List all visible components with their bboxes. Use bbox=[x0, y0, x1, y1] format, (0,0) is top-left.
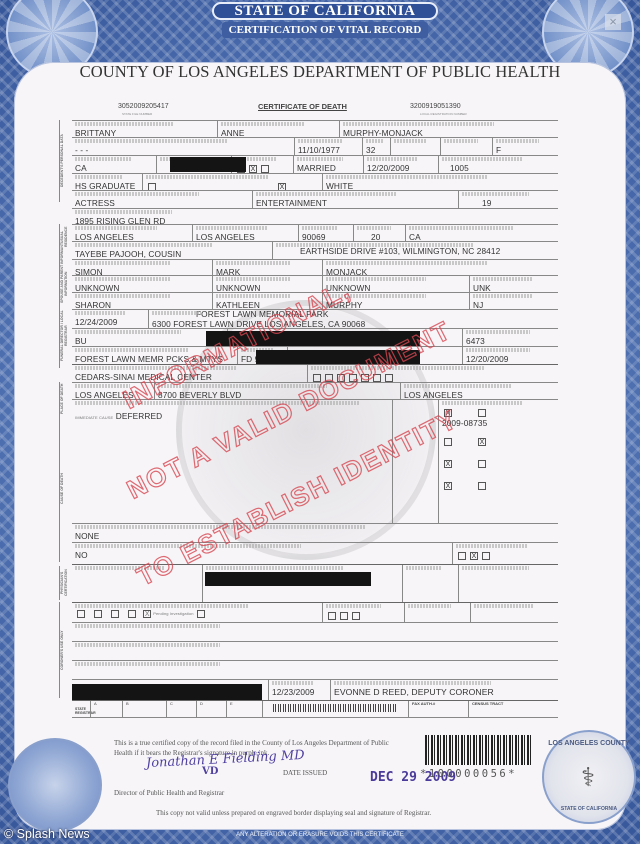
row-residence-city: LOS ANGELES LOS ANGELES 90069 20 CA bbox=[72, 224, 558, 241]
date-issued-label: DATE ISSUED bbox=[283, 769, 327, 777]
registrar-col-e: E bbox=[226, 701, 262, 717]
age: 32 bbox=[366, 145, 390, 155]
informant-name: TAYEBE PAJOOH, COUSIN bbox=[75, 249, 272, 259]
local-registration-label: LOCAL REGISTRATION NUMBER bbox=[420, 112, 467, 116]
biopsy-no-checkbox: X bbox=[478, 438, 486, 446]
state-file-label: STATE FILE NUMBER bbox=[122, 112, 152, 116]
row-state-registrar: STATE REGISTRAR A B C D E FAX AUTH.# CEN… bbox=[72, 700, 558, 718]
alteration-warning: ANY ALTERATION OR ERASURE VOIDS THIS CER… bbox=[0, 826, 640, 844]
row-injury-location bbox=[72, 660, 558, 679]
pregnant-yes-checkbox bbox=[458, 552, 466, 560]
local-registration-number: 3200919051390 bbox=[410, 103, 461, 110]
splash-news-watermark: © Splash News bbox=[4, 827, 90, 841]
manner-pending-checkbox: X bbox=[143, 610, 151, 618]
row-aka-dob: - - - 11/10/1977 32 F bbox=[72, 137, 558, 155]
certification-subtitle: CERTIFICATION OF VITAL RECORD bbox=[222, 22, 428, 38]
disposition-date: 12/24/2009 bbox=[75, 317, 148, 327]
hour-of-death: 1005 bbox=[442, 163, 558, 173]
row-occupation: ACTRESS ENTERTAINMENT 19 bbox=[72, 190, 558, 208]
section-label-cause-of-death: CAUSE OF DEATH bbox=[59, 416, 70, 562]
informant-address: EARTHSIDE DRIVE #103, WILMINGTON, NC 284… bbox=[276, 246, 558, 256]
certificate-title: CERTIFICATE OF DEATH bbox=[258, 102, 347, 111]
sex: F bbox=[496, 145, 558, 155]
section-label-informant: INFORMANT bbox=[59, 250, 70, 264]
certificate-barcode bbox=[425, 735, 531, 765]
section-label-place-of-death: PLACE OF DEATH bbox=[59, 382, 70, 416]
row-other-conditions: NONE bbox=[72, 523, 558, 542]
armed-forces-unk-checkbox bbox=[261, 165, 269, 173]
occupation: ACTRESS bbox=[75, 198, 252, 208]
registrar-barcode bbox=[273, 704, 398, 712]
row-informant: TAYEBE PAJOOH, COUSIN EARTHSIDE DRIVE #1… bbox=[72, 241, 558, 259]
row-education-race: HS GRADUATE X WHITE bbox=[72, 173, 558, 190]
fax-auth-label: FAX AUTH.# bbox=[408, 701, 468, 717]
autopsy-yes-checkbox: X bbox=[444, 460, 452, 468]
row-residence-street: 1895 RISING GLEN RD bbox=[72, 208, 558, 224]
section-label-coroner: CORONER'S USE ONLY bbox=[59, 602, 70, 698]
armed-forces-no-checkbox: X bbox=[249, 165, 257, 173]
registrar-col-d: D bbox=[196, 701, 226, 717]
section-label-decedent: DECEDENT'S PERSONAL DATA bbox=[59, 120, 70, 202]
used-in-determining-no-checkbox bbox=[478, 482, 486, 490]
state-seal bbox=[8, 738, 102, 832]
pregnant-unk-checkbox bbox=[482, 552, 490, 560]
autopsy-no-checkbox bbox=[478, 460, 486, 468]
birth-state: CA bbox=[75, 163, 156, 173]
decedent-aka: - - - bbox=[75, 145, 294, 155]
close-icon[interactable]: × bbox=[605, 14, 621, 30]
state-title: STATE OF CALIFORNIA bbox=[212, 2, 438, 20]
immediate-cause: DEFERRED bbox=[116, 411, 162, 421]
pregnant-no-checkbox: X bbox=[470, 552, 478, 560]
registrar-col-c: C bbox=[166, 701, 196, 717]
redacted-physician bbox=[205, 572, 371, 586]
registrar-date-signed: 12/20/2009 bbox=[466, 354, 558, 364]
immediate-cause-label: IMMEDIATE CAUSE bbox=[75, 415, 113, 420]
used-in-determining-yes-checkbox: X bbox=[444, 482, 452, 490]
county-seal-bottom-text: STATE OF CALIFORNIA bbox=[544, 806, 634, 812]
industry: ENTERTAINMENT bbox=[256, 198, 458, 208]
barcode-number: *100000056* bbox=[420, 768, 517, 780]
row-name: BRITTANY ANNE MURPHY-MONJACK bbox=[72, 120, 558, 137]
funeral-license-number: 6473 bbox=[466, 336, 558, 346]
row-injury-description bbox=[72, 641, 558, 660]
director-label: Director of Public Health and Registrar bbox=[114, 789, 224, 797]
coroner-name: EVONNE D REED, DEPUTY CORONER bbox=[334, 687, 558, 697]
years-in-occupation: 19 bbox=[462, 198, 558, 208]
other-conditions: NONE bbox=[75, 531, 558, 541]
row-manner: XPending Investigation bbox=[72, 602, 558, 622]
manner-pending-label: Pending Investigation bbox=[153, 611, 193, 616]
row-birth-marital: CA X MARRIED 12/20/2009 1005 bbox=[72, 155, 558, 173]
state-registrar-label: STATE REGISTRAR bbox=[72, 701, 90, 717]
disposition-place-name: FOREST LAWN MEMORIAL PARK bbox=[152, 309, 558, 319]
date-of-birth: 11/10/1977 bbox=[298, 145, 362, 155]
county-seal: LOS ANGELES COUNTY ⚕ STATE OF CALIFORNIA bbox=[542, 730, 636, 824]
signature-initials: VD bbox=[202, 766, 218, 777]
validity-note: This copy not valid unless prepared on e… bbox=[156, 809, 431, 817]
row-spouse: SIMON MARK MONJACK bbox=[72, 259, 558, 275]
coroner-date: 12/23/2009 bbox=[272, 687, 330, 697]
operation: NO bbox=[75, 550, 452, 560]
redacted-ssn bbox=[170, 157, 246, 172]
marital-status: MARRIED bbox=[297, 163, 363, 173]
census-tract-label: CENSUS TRACT bbox=[468, 701, 558, 717]
state-file-number: 3052009205417 bbox=[118, 103, 169, 110]
section-label-funeral: FUNERAL DIRECTOR / LOCAL REGISTRAR bbox=[59, 304, 70, 368]
redacted-coroner-signature bbox=[72, 684, 262, 700]
caduceus-icon: ⚕ bbox=[581, 762, 595, 793]
registrar-col-b: B bbox=[122, 701, 166, 717]
department-title: COUNTY OF LOS ANGELES DEPARTMENT OF PUBL… bbox=[0, 62, 640, 82]
county-seal-text: LOS ANGELES COUNTY bbox=[544, 740, 634, 747]
section-label-physician: PHYSICIAN'S CERTIFICATION bbox=[59, 566, 70, 600]
date-of-death: 12/20/2009 bbox=[367, 163, 438, 173]
section-label-spouse-parents: SPOUSE AND PARENT INFORMATION bbox=[59, 264, 70, 304]
row-place-of-injury bbox=[72, 622, 558, 641]
coroner-reported-no-checkbox bbox=[478, 409, 486, 417]
registrar-col-a: A bbox=[90, 701, 122, 717]
